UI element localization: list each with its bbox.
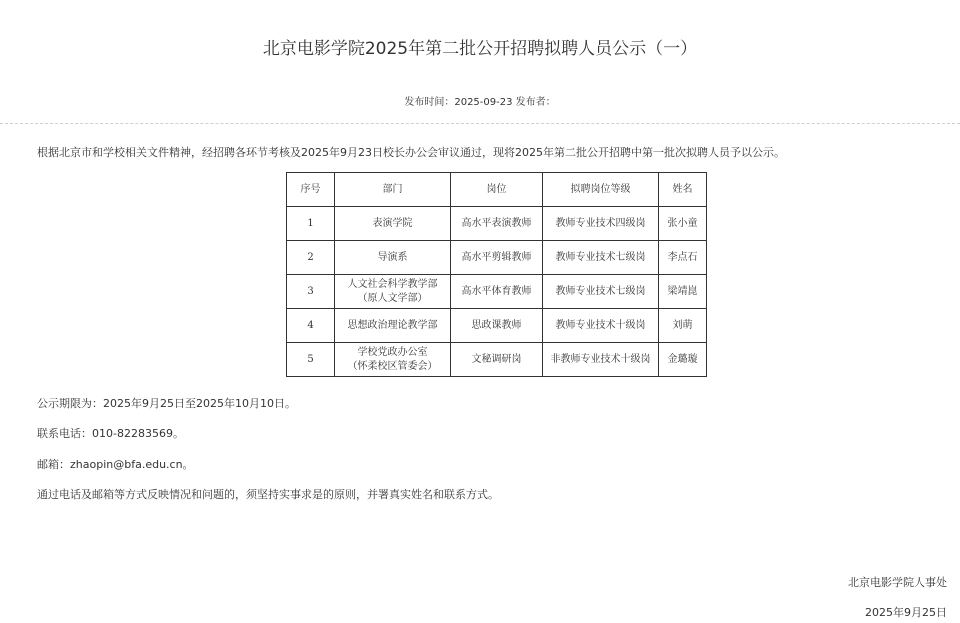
article-title: 北京电影学院2025年第二批公开招聘拟聘人员公示（一） xyxy=(0,34,960,59)
cell-dept: 导演系 xyxy=(335,241,451,275)
dept-sub: （原人文学部） xyxy=(338,292,447,306)
cell-name: 李点石 xyxy=(659,241,707,275)
cell-name: 金璐璇 xyxy=(659,343,707,377)
table-header-row: 序号 部门 岗位 拟聘岗位等级 姓名 xyxy=(287,173,707,207)
table-row: 1 表演学院 高水平表演教师 教师专业技术四级岗 张小童 xyxy=(287,207,707,241)
cell-position: 文秘调研岗 xyxy=(451,343,543,377)
publicity-period: 公示期限为：2025年9月25日至2025年10月10日。 xyxy=(37,395,296,411)
cell-position: 高水平体育教师 xyxy=(451,275,543,309)
publish-time-label: 发布时间： xyxy=(404,97,454,108)
contact-email: 邮箱：zhaopin@bfa.edu.cn。 xyxy=(37,456,194,472)
cell-name: 张小童 xyxy=(659,207,707,241)
publisher-label: 发布者： xyxy=(516,97,556,108)
cell-dept: 学校党政办公室 （怀柔校区管委会） xyxy=(335,343,451,377)
dept-sub: （怀柔校区管委会） xyxy=(338,360,447,374)
cell-no: 1 xyxy=(287,207,335,241)
cell-no: 3 xyxy=(287,275,335,309)
feedback-notice: 通过电话及邮箱等方式反映情况和问题的，须坚持实事求是的原则，并署真实姓名和联系方… xyxy=(37,486,499,502)
dept-main: 学校党政办公室 xyxy=(338,346,447,360)
cell-dept: 思想政治理论教学部 xyxy=(335,309,451,343)
cell-dept: 人文社会科学教学部 （原人文学部） xyxy=(335,275,451,309)
cell-name: 梁靖崑 xyxy=(659,275,707,309)
header-position: 岗位 xyxy=(451,173,543,207)
cell-name: 刘萌 xyxy=(659,309,707,343)
header-grade: 拟聘岗位等级 xyxy=(543,173,659,207)
cell-dept: 表演学院 xyxy=(335,207,451,241)
cell-position: 思政课教师 xyxy=(451,309,543,343)
cell-position: 高水平剪辑教师 xyxy=(451,241,543,275)
cell-grade: 教师专业技术七级岗 xyxy=(543,241,659,275)
table-row: 5 学校党政办公室 （怀柔校区管委会） 文秘调研岗 非教师专业技术十级岗 金璐璇 xyxy=(287,343,707,377)
hiring-table: 序号 部门 岗位 拟聘岗位等级 姓名 1 表演学院 高水平表演教师 教师专业技术… xyxy=(286,172,707,377)
dept-main: 人文社会科学教学部 xyxy=(338,278,447,292)
table-row: 2 导演系 高水平剪辑教师 教师专业技术七级岗 李点石 xyxy=(287,241,707,275)
cell-position: 高水平表演教师 xyxy=(451,207,543,241)
cell-grade: 教师专业技术十级岗 xyxy=(543,309,659,343)
cell-no: 2 xyxy=(287,241,335,275)
cell-grade: 教师专业技术七级岗 xyxy=(543,275,659,309)
intro-paragraph: 根据北京市和学校相关文件精神，经招聘各环节考核及2025年9月23日校长办公会审… xyxy=(37,144,785,160)
header-no: 序号 xyxy=(287,173,335,207)
cell-no: 5 xyxy=(287,343,335,377)
cell-no: 4 xyxy=(287,309,335,343)
signature-date: 2025年9月25日 xyxy=(865,604,947,620)
contact-phone: 联系电话：010-82283569。 xyxy=(37,425,184,441)
publish-time: 2025-09-23 xyxy=(454,97,512,108)
header-dept: 部门 xyxy=(335,173,451,207)
table-row: 3 人文社会科学教学部 （原人文学部） 高水平体育教师 教师专业技术七级岗 梁靖… xyxy=(287,275,707,309)
signature-org: 北京电影学院人事处 xyxy=(848,574,947,590)
dashed-divider xyxy=(0,123,960,124)
cell-grade: 非教师专业技术十级岗 xyxy=(543,343,659,377)
cell-grade: 教师专业技术四级岗 xyxy=(543,207,659,241)
table-row: 4 思想政治理论教学部 思政课教师 教师专业技术十级岗 刘萌 xyxy=(287,309,707,343)
header-name: 姓名 xyxy=(659,173,707,207)
article-meta: 发布时间：2025-09-23 发布者： xyxy=(0,93,960,108)
